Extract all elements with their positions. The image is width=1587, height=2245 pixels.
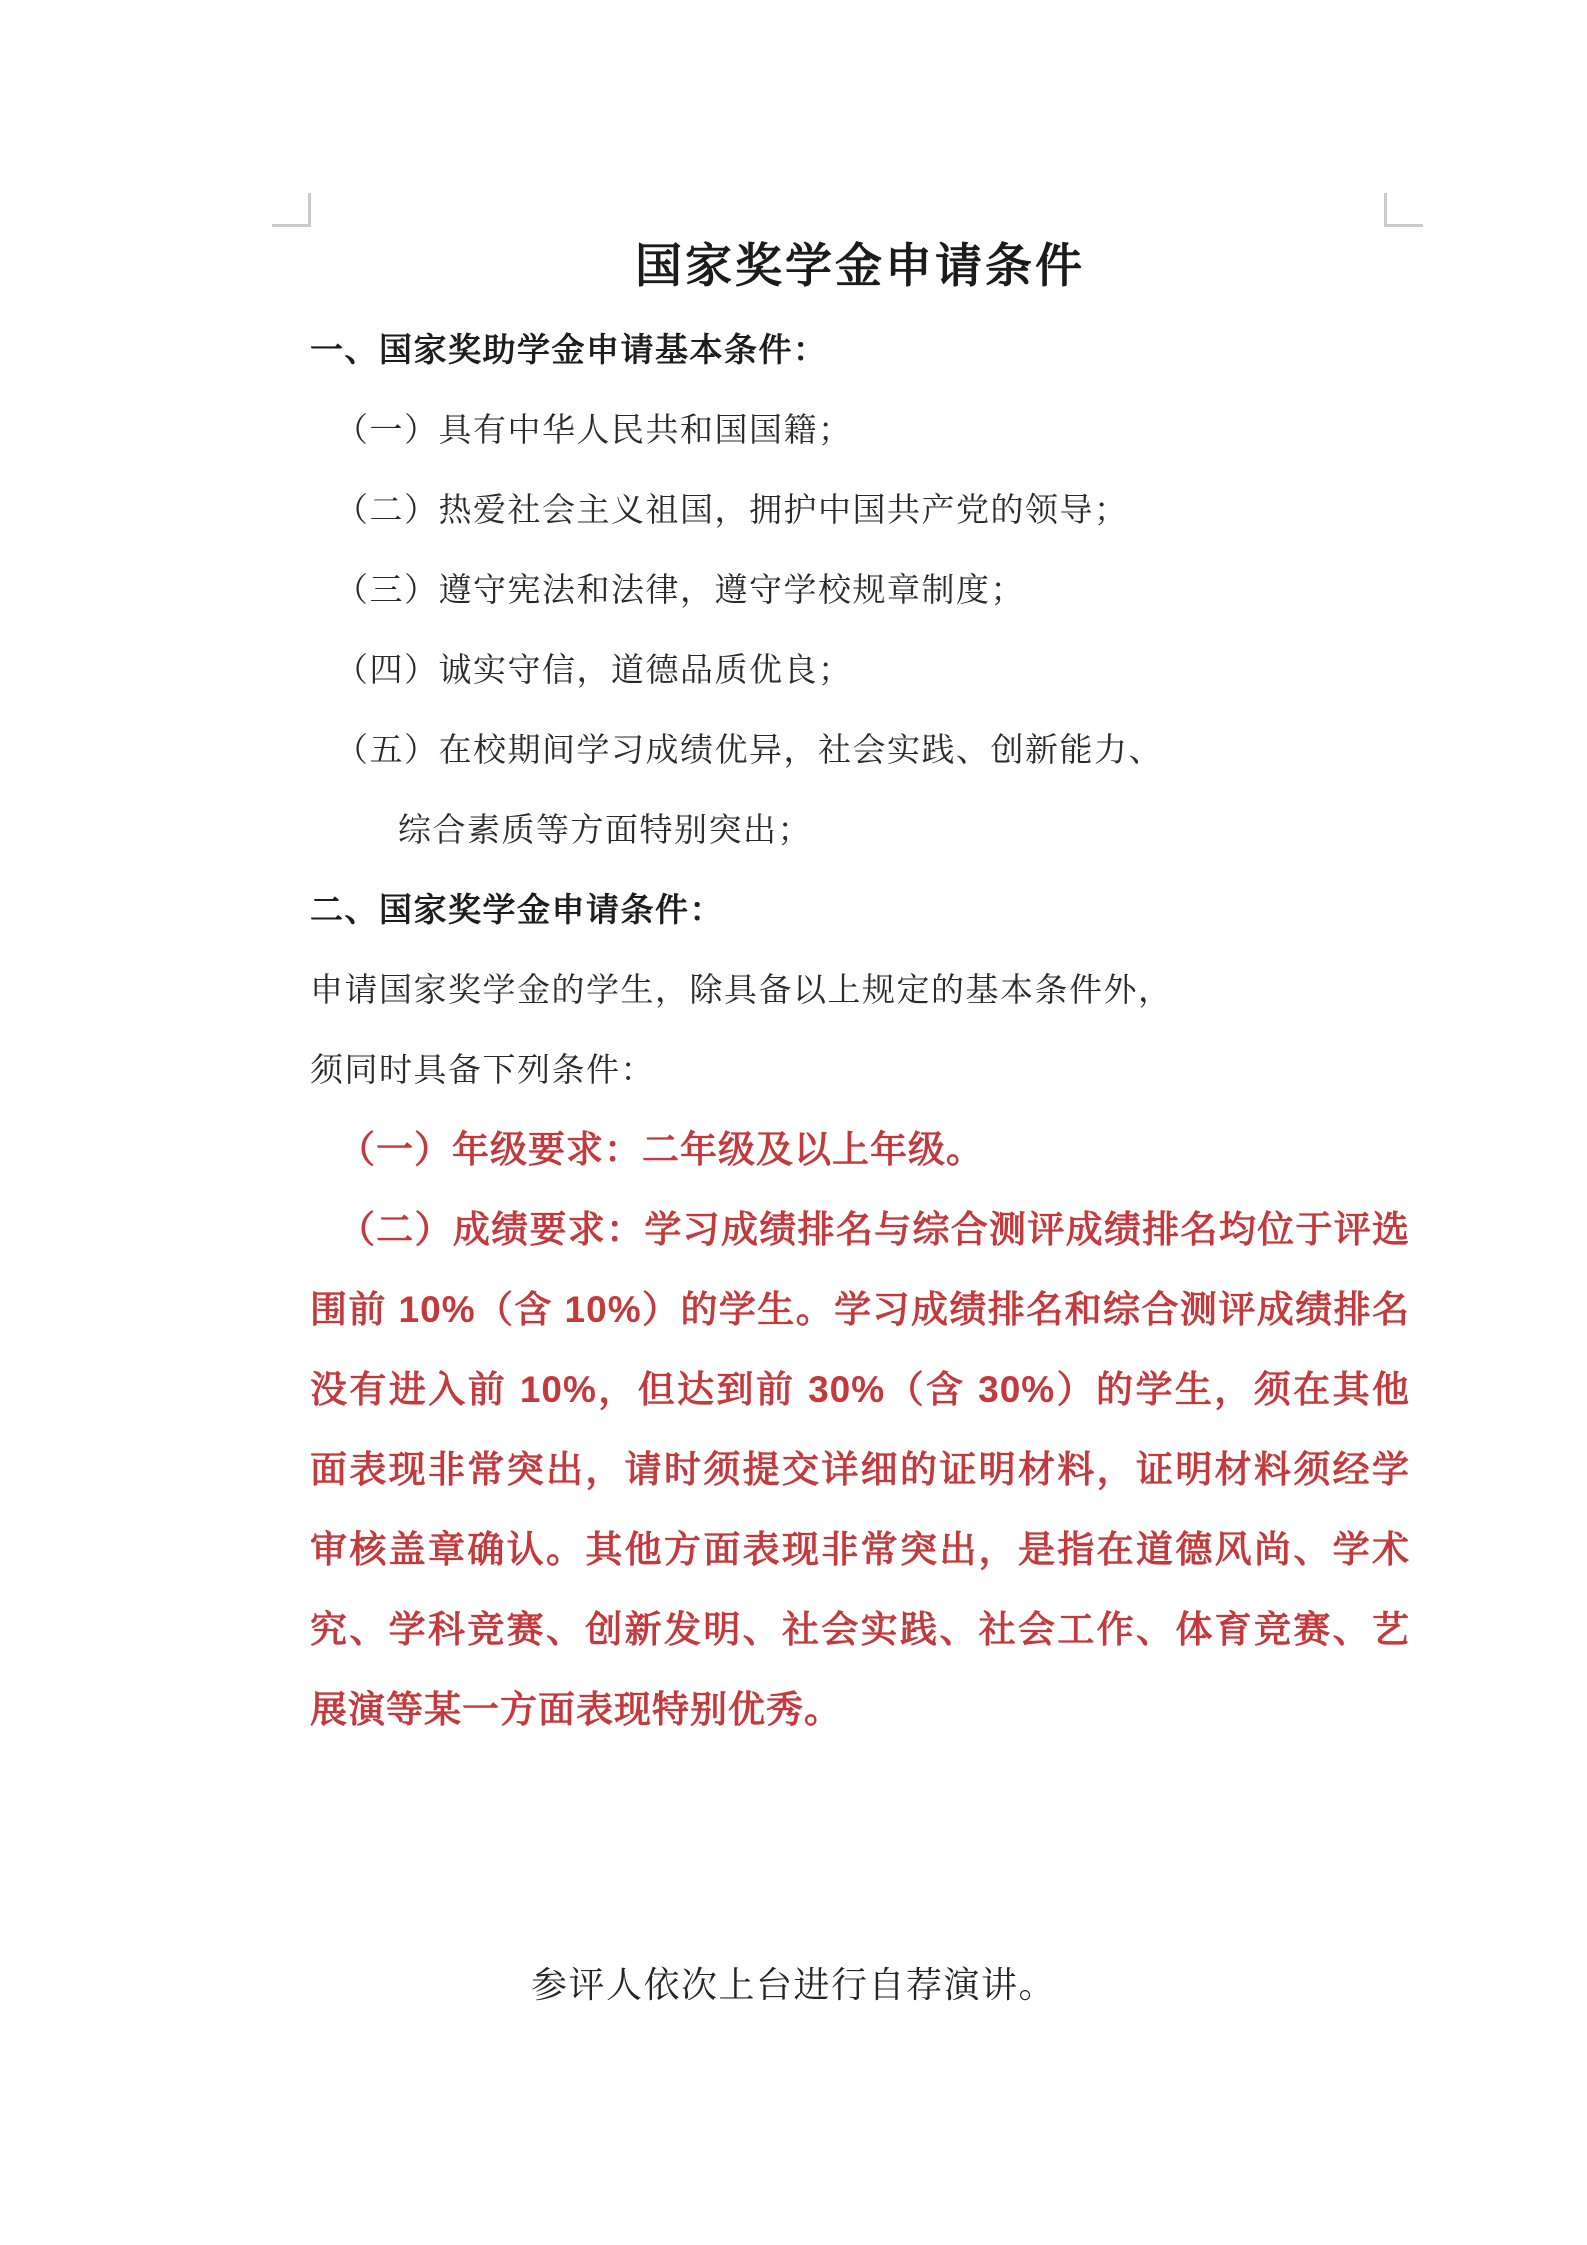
section1-item-2: （二）热爱社会主义祖国，拥护中国共产党的领导； — [310, 470, 1410, 550]
text-boundary-corner-top-left — [272, 193, 311, 227]
score-requirement-line-7: 展演等某一方面表现特别优秀。 — [310, 1670, 1410, 1750]
score-requirement-line-2: 围前 10%（含 10%）的学生。学习成绩排名和综合测评成绩排名 — [310, 1270, 1410, 1350]
section1-item-3: （三）遵守宪法和法律，遵守学校规章制度； — [310, 550, 1410, 630]
section1-item-1: （一）具有中华人民共和国国籍； — [310, 390, 1410, 470]
section2-intro-line-1: 申请国家奖学金的学生，除具备以上规定的基本条件外， — [310, 950, 1410, 1030]
grade-requirement: （一）年级要求：二年级及以上年级。 — [310, 1110, 1410, 1190]
document-content: 国家奖学金申请条件 一、国家奖助学金申请基本条件： （一）具有中华人民共和国国籍… — [310, 222, 1410, 1750]
score-requirement-line-6: 究、学科竞赛、创新发明、社会实践、社会工作、体育竞赛、艺术 — [310, 1590, 1410, 1670]
section1-item-5: （五）在校期间学习成绩优异，社会实践、创新能力、 — [310, 710, 1410, 790]
section2-heading: 二、国家奖学金申请条件： — [310, 870, 1410, 950]
section1-item-5-continuation: 综合素质等方面特别突出； — [310, 790, 1410, 870]
page-title: 国家奖学金申请条件 — [310, 222, 1410, 310]
section1-heading: 一、国家奖助学金申请基本条件： — [310, 310, 1410, 390]
footer-note: 参评人依次上台进行自荐演讲。 — [0, 1945, 1587, 2025]
section1-item-4: （四）诚实守信，道德品质优良； — [310, 630, 1410, 710]
score-requirement-line-4: 面表现非常突出，请时须提交详细的证明材料，证明材料须经学校 — [310, 1430, 1410, 1510]
score-requirement-line-5: 审核盖章确认。其他方面表现非常突出，是指在道德风尚、学术研 — [310, 1510, 1410, 1590]
score-requirement-line-3: 没有进入前 10%，但达到前 30%（含 30%）的学生，须在其他方 — [310, 1350, 1410, 1430]
document-page: 国家奖学金申请条件 一、国家奖助学金申请基本条件： （一）具有中华人民共和国国籍… — [0, 0, 1587, 2245]
score-requirement-line-1: （二）成绩要求：学习成绩排名与综合测评成绩排名均位于评选范 — [310, 1190, 1410, 1270]
section2-intro-line-2: 须同时具备下列条件： — [310, 1030, 1410, 1110]
